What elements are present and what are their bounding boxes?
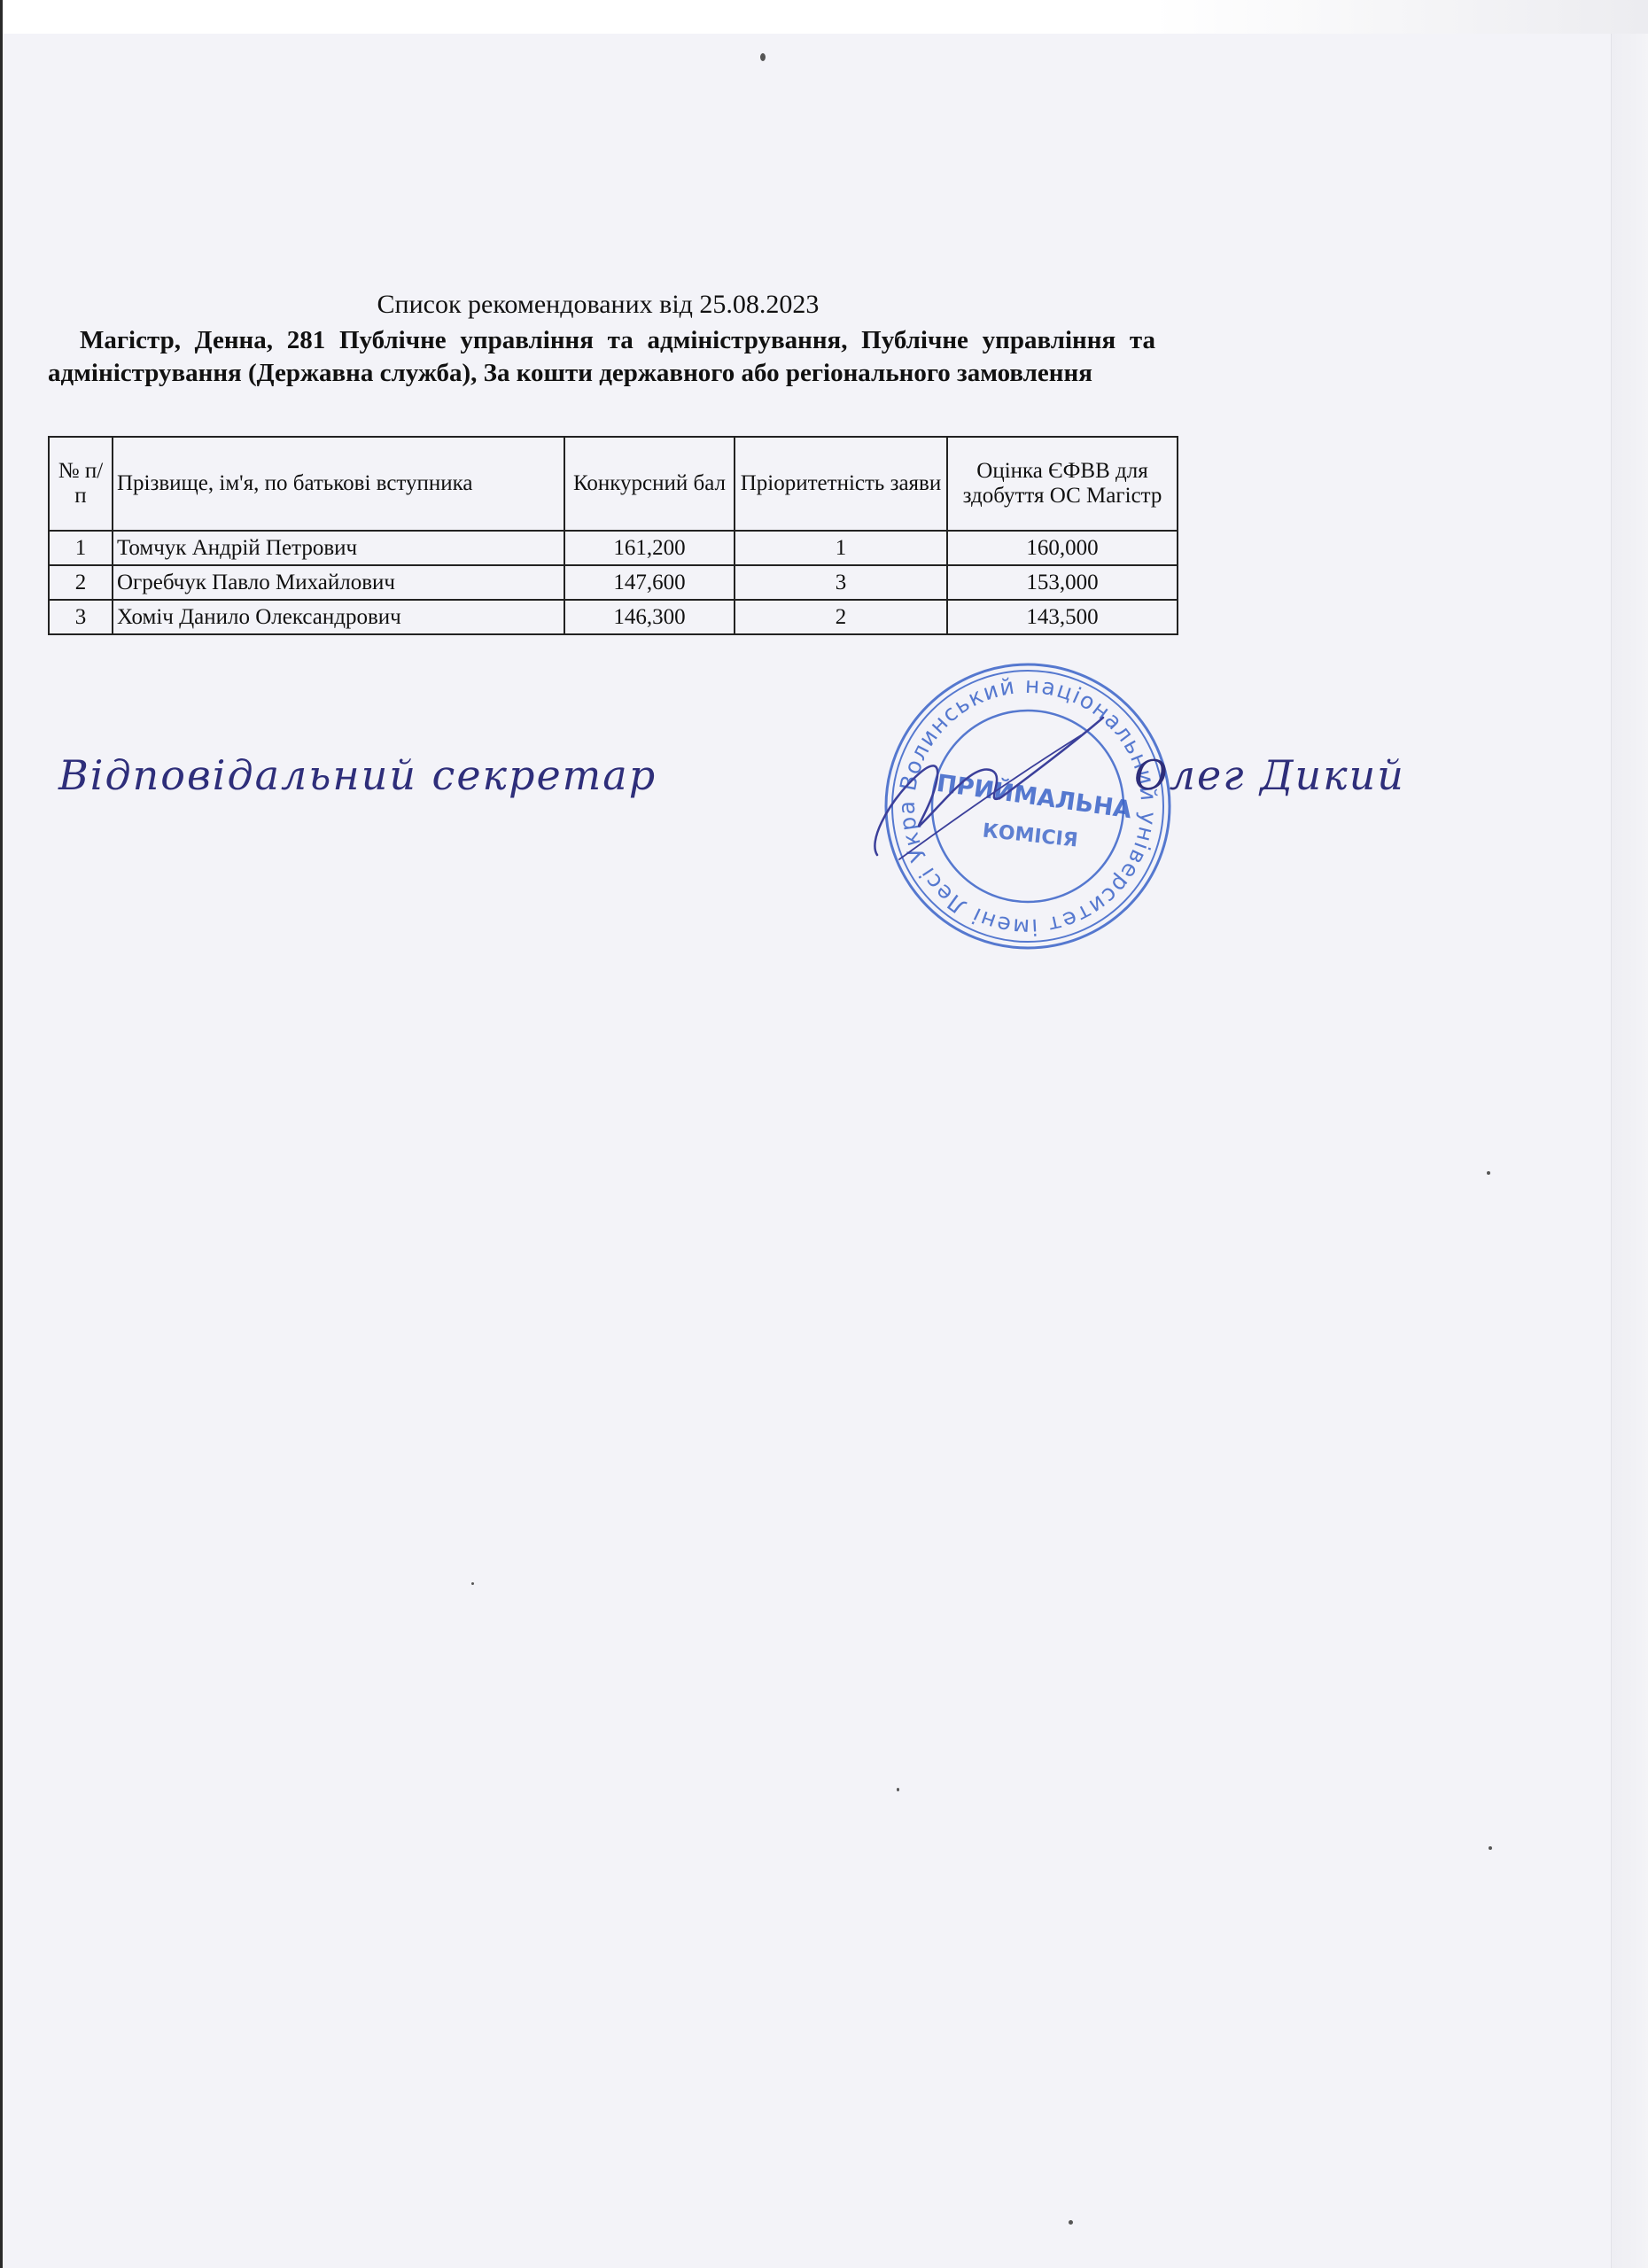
dust-speck	[897, 1788, 899, 1791]
header-full-name: Прізвище, ім'я, по батькові вступника	[113, 437, 564, 531]
dust-speck	[760, 53, 766, 61]
handwritten-position-title: Відповідальний секретар	[58, 751, 657, 799]
dust-speck	[1069, 2220, 1073, 2225]
signature-icon	[859, 709, 1116, 868]
document-title: Список рекомендованих від 25.08.2023	[0, 289, 1196, 321]
efvv-score: 143,500	[947, 600, 1178, 634]
program-description: Магістр, Денна, 281 Публічне управління …	[48, 324, 1155, 390]
header-number: № п/п	[49, 437, 113, 531]
application-priority: 3	[735, 565, 947, 600]
paper-edge-shadow	[1611, 34, 1648, 2268]
applicant-name: Томчук Андрій Петрович	[113, 531, 564, 565]
scanner-top-margin	[0, 0, 1648, 34]
application-priority: 1	[735, 531, 947, 565]
competitive-score: 147,600	[564, 565, 735, 600]
scanner-left-edge	[0, 0, 3, 2268]
table-row: 3 Хоміч Данило Олександрович 146,300 2 1…	[49, 600, 1178, 634]
dust-speck	[1487, 1171, 1490, 1175]
dust-speck	[1489, 1846, 1492, 1850]
header-competitive-score: Конкурсний бал	[564, 437, 735, 531]
efvv-score: 160,000	[947, 531, 1178, 565]
row-number: 1	[49, 531, 113, 565]
dust-speck	[471, 1582, 474, 1585]
row-number: 3	[49, 600, 113, 634]
table-row: 1 Томчук Андрій Петрович 161,200 1 160,0…	[49, 531, 1178, 565]
application-priority: 2	[735, 600, 947, 634]
applicant-name: Хоміч Данило Олександрович	[113, 600, 564, 634]
recommended-applicants-table: № п/п Прізвище, ім'я, по батькові вступн…	[48, 436, 1178, 635]
competitive-score: 161,200	[564, 531, 735, 565]
row-number: 2	[49, 565, 113, 600]
table-header-row: № п/п Прізвище, ім'я, по батькові вступн…	[49, 437, 1178, 531]
efvv-score: 153,000	[947, 565, 1178, 600]
header-efvv-score: Оцінка ЄФВВ для здобуття ОС Магістр	[947, 437, 1178, 531]
handwritten-signatory-name: Олег Дикий	[1134, 751, 1405, 799]
header-application-priority: Пріоритетність заяви	[735, 437, 947, 531]
competitive-score: 146,300	[564, 600, 735, 634]
applicant-name: Огребчук Павло Михайлович	[113, 565, 564, 600]
table-row: 2 Огребчук Павло Михайлович 147,600 3 15…	[49, 565, 1178, 600]
